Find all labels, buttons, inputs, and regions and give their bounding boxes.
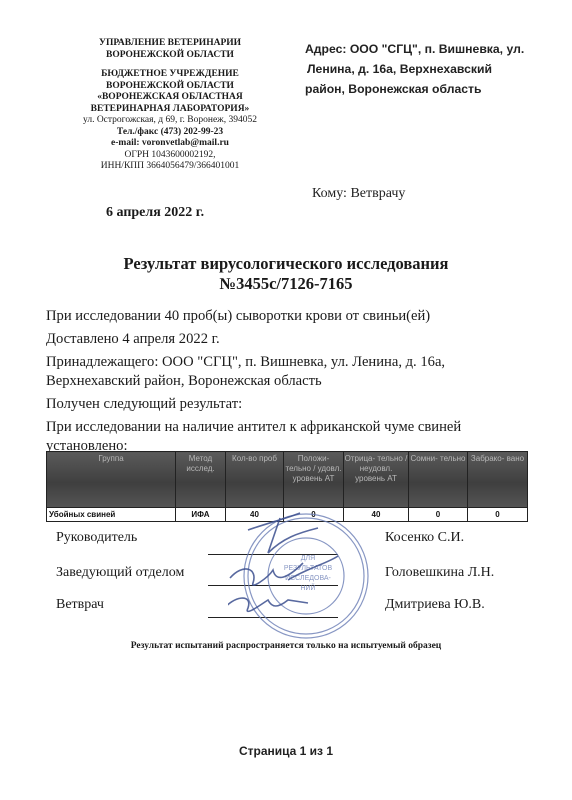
handwritten-signature-icon [228,513,338,611]
org-line: БЮДЖЕТНОЕ УЧРЕЖДЕНИЕ [52,69,288,81]
title-number: №3455с/7126-7165 [0,274,572,294]
header-cell: Метод исслед. [176,452,226,508]
header-cell: Положи- тельно / удовл. уровень АТ [284,452,344,508]
org-ogrn: ОГРН 1043600002192, [52,150,288,162]
document-title: Результат вирусологического исследования… [0,254,572,294]
org-phone: Тел./факс (473) 202-99-23 [52,127,288,139]
organization-header: УПРАВЛЕНИЕ ВЕТЕРИНАРИИ ВОРОНЕЖСКОЙ ОБЛАС… [52,38,288,173]
header-cell: Отрица- тельно / неудовл. уровень АТ [344,452,409,508]
cell-method: ИФА [176,508,226,522]
signature-role: Ветврач [56,597,104,613]
page-number: Страница 1 из 1 [0,744,572,758]
signature-name: Дмитриева Ю.В. [385,597,485,613]
signature-role: Руководитель [56,530,137,546]
delivered-text: Доставлено 4 апреля 2022 г. [46,330,546,349]
org-line: ВЕТЕРИНАРНАЯ ЛАБОРАТОРИЯ» [52,104,288,116]
org-line: УПРАВЛЕНИЕ ВЕТЕРИНАРИИ [52,38,288,50]
stamp-text: ДЛЯ [301,555,315,562]
address-line: Ленина, д. 16а, Верхнехавский [305,59,555,79]
address-line: Адрес: ООО "СГЦ", п. Вишневка, ул. [305,39,555,59]
recipient-address: Адрес: ООО "СГЦ", п. Вишневка, ул. Ленин… [305,39,555,99]
header-cell: Забрако- вано [468,452,528,508]
samples-text: При исследовании 40 проб(ы) сыворотки кр… [46,307,546,326]
org-line: ВОРОНЕЖСКОЙ ОБЛАСТИ [52,81,288,93]
signature-name: Головешкина Л.Н. [385,565,494,581]
signature-role: Заведующий отделом [56,565,184,581]
owner-text-cont: Верхнехавский район, Воронежская область [46,372,546,391]
header-cell: Группа [47,452,176,508]
stamp-text: НИЙ [300,583,315,592]
org-email: e-mail: voronvetlab@mail.ru [52,138,288,150]
received-text: Получен следующий результат: [46,395,546,414]
disclaimer-note: Результат испытаний распространяется тол… [0,641,572,651]
title-line: Результат вирусологического исследования [0,254,572,274]
cell-rejected: 0 [468,508,528,522]
official-stamp-icon: ДЛЯ РЕЗУЛЬТАТОВ ИССЛЕДОВА- НИЙ [228,508,378,658]
address-line: район, Воронежская область [305,79,555,99]
recipient-to: Кому: Ветврачу [312,186,405,202]
org-line: ВОРОНЕЖСКОЙ ОБЛАСТИ [52,50,288,62]
document-body: При исследовании 40 проб(ы) сыворотки кр… [46,307,546,456]
table-header-row: Группа Метод исслед. Кол-во проб Положи-… [47,452,528,508]
cell-group: Убойных свиней [47,508,176,522]
header-cell: Сомни- тельно [409,452,468,508]
owner-text: Принадлежащего: ООО "СГЦ", п. Вишневка, … [46,353,546,372]
org-address: ул. Острогожская, д 69, г. Воронеж, 3940… [52,115,288,127]
header-cell: Кол-во проб [226,452,284,508]
org-inn: ИНН/КПП 3664056479/366401001 [52,161,288,173]
org-line: «ВОРОНЕЖСКАЯ ОБЛАСТНАЯ [52,92,288,104]
study-text: При исследовании на наличие антител к аф… [46,418,546,437]
cell-doubtful: 0 [409,508,468,522]
signature-name: Косенко С.И. [385,530,464,546]
document-date: 6 апреля 2022 г. [106,205,204,221]
stamp-text: РЕЗУЛЬТАТОВ [284,565,333,572]
